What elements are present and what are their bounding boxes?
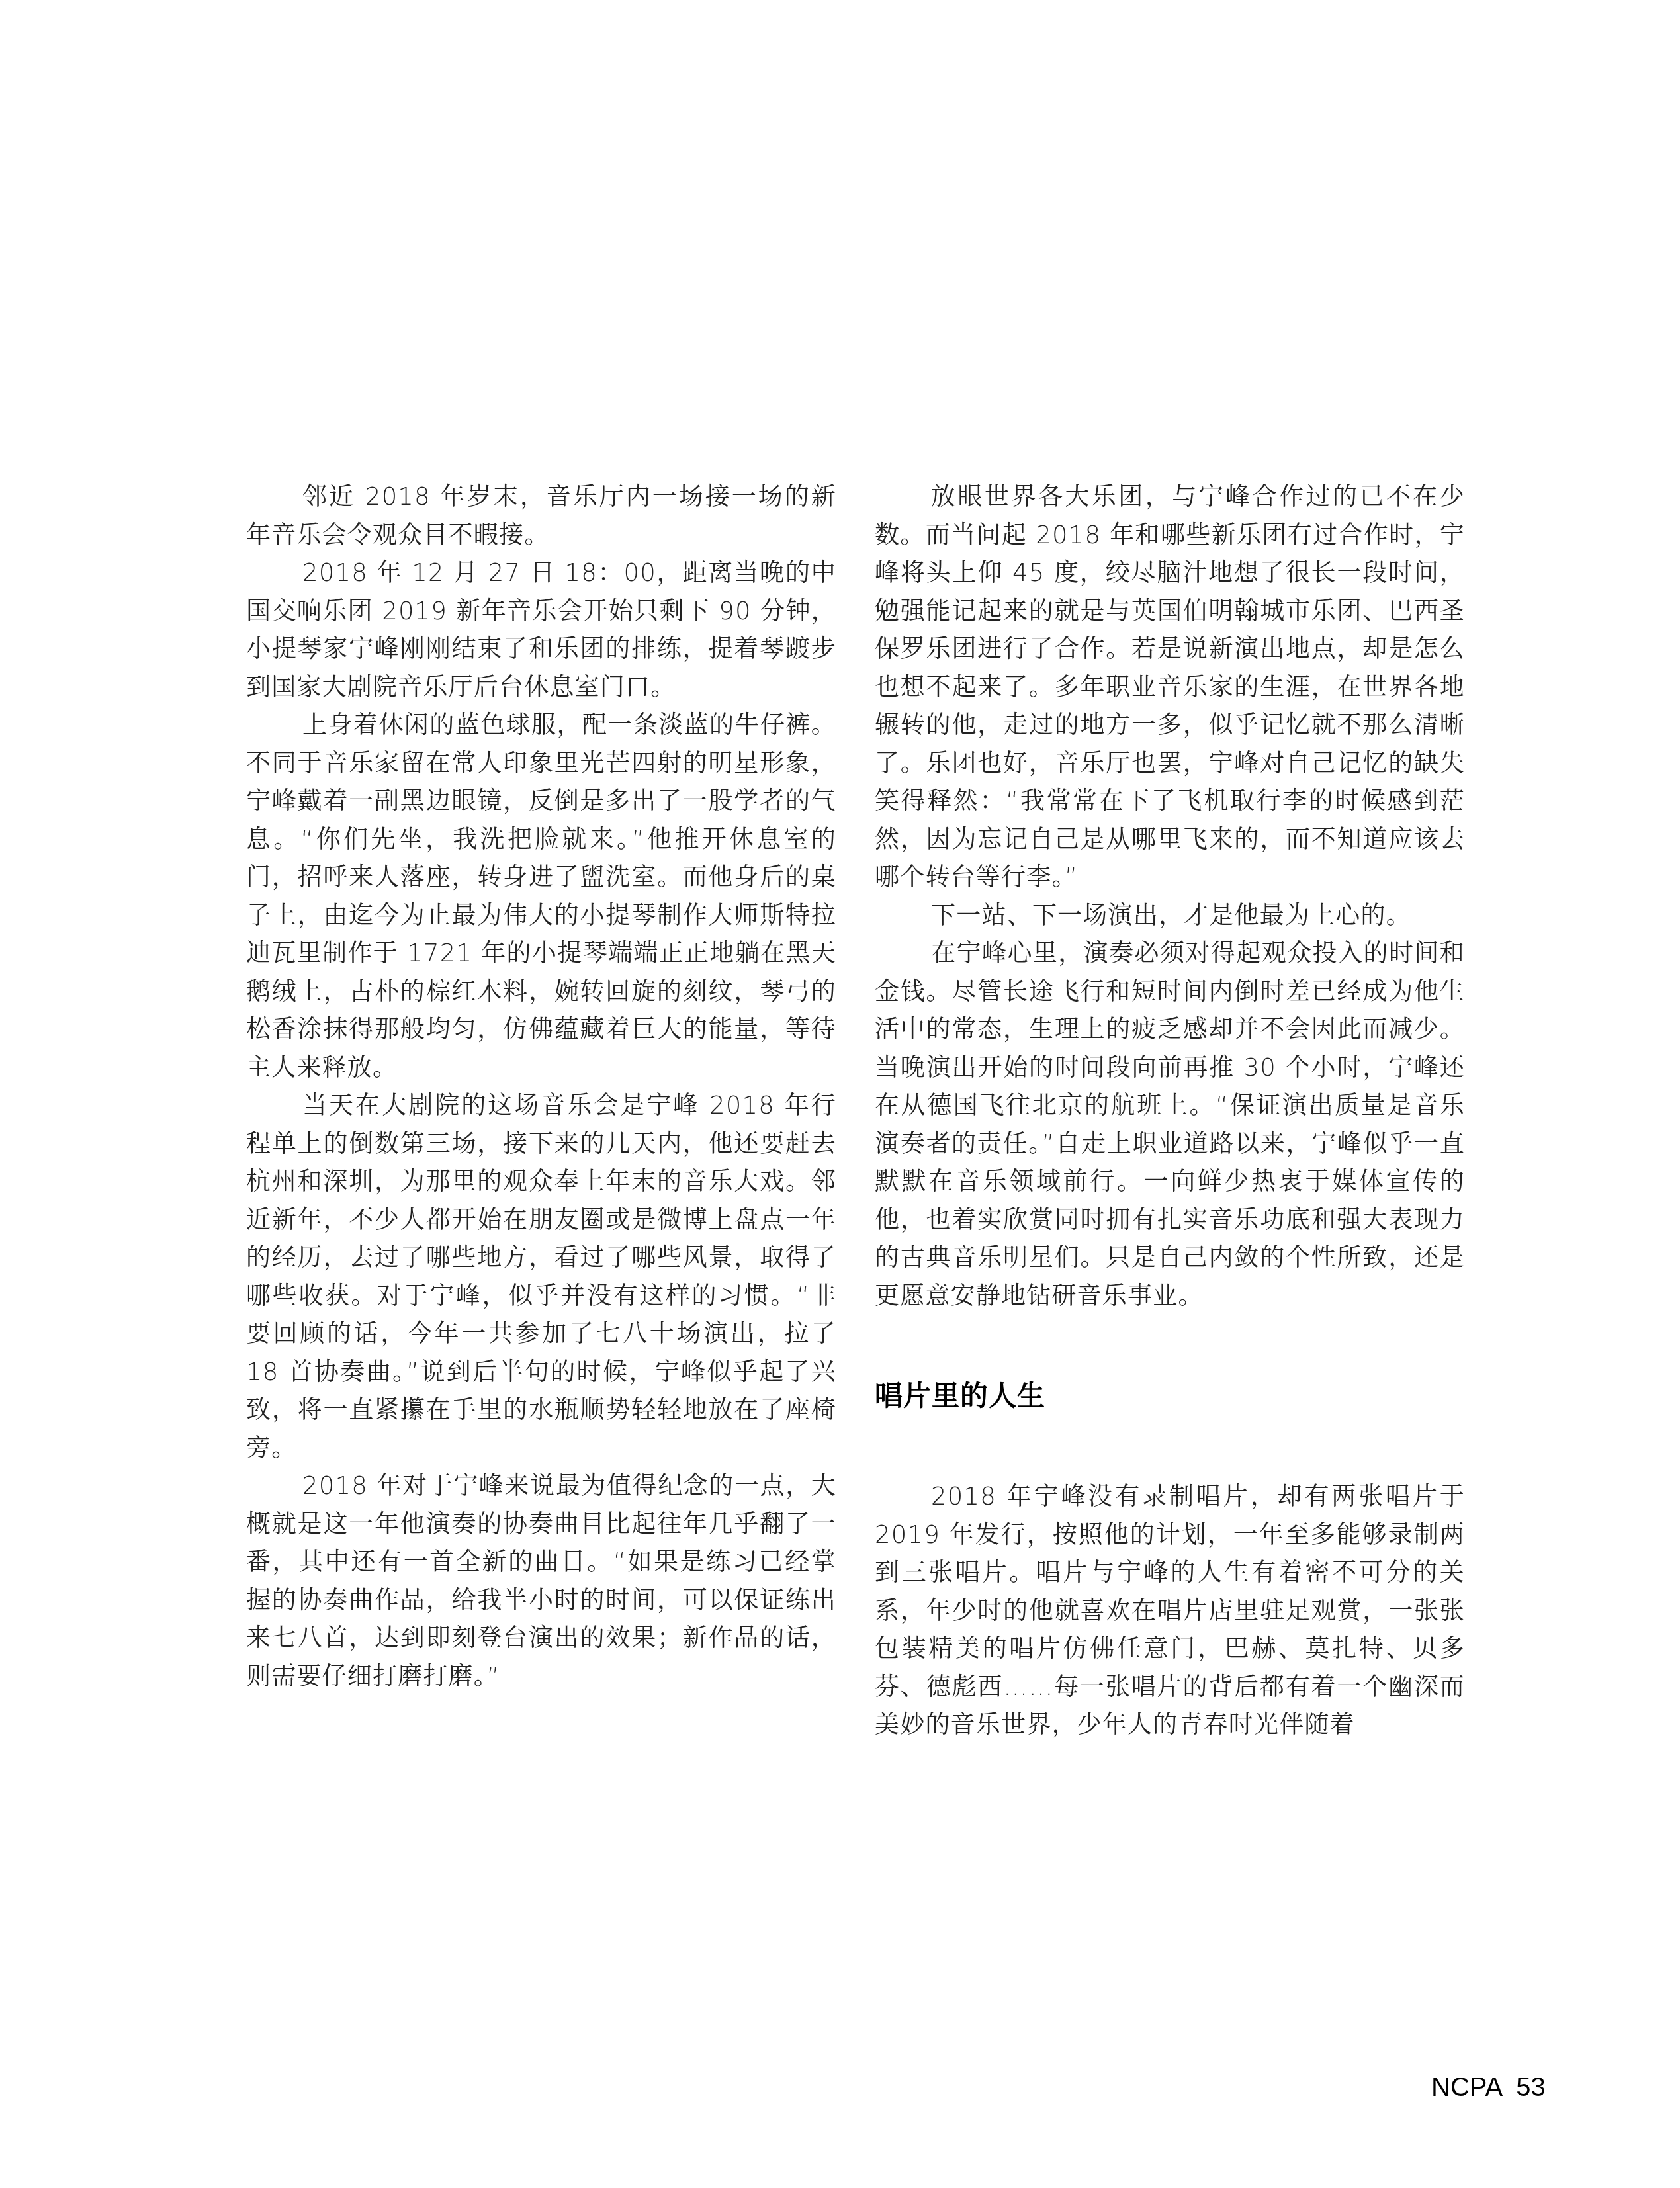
body-paragraph: 放眼世界各大乐团，与宁峰合作过的已不在少数。而当问起 2018 年和哪些新乐团有…	[875, 478, 1465, 897]
publication-name: NCPA	[1431, 2073, 1503, 2102]
body-paragraph: 上身着休闲的蓝色球服，配一条淡蓝的牛仔裤。不同于音乐家留在常人印象里光芒四射的明…	[246, 706, 836, 1086]
body-paragraph: 邻近 2018 年岁末，音乐厅内一场接一场的新年音乐会令观众目不暇接。	[246, 478, 836, 554]
body-paragraph: 2018 年对于宁峰来说最为值得纪念的一点，大概就是这一年他演奏的协奏曲目比起往…	[246, 1467, 836, 1695]
section-heading: 唱片里的人生	[875, 1379, 1465, 1413]
body-paragraph: 2018 年宁峰没有录制唱片，却有两张唱片于 2019 年发行，按照他的计划，一…	[875, 1477, 1465, 1744]
right-column: 放眼世界各大乐团，与宁峰合作过的已不在少数。而当问起 2018 年和哪些新乐团有…	[875, 478, 1465, 1744]
body-paragraph: 当天在大剧院的这场音乐会是宁峰 2018 年行程单上的倒数第三场，接下来的几天内…	[246, 1086, 836, 1467]
left-column: 邻近 2018 年岁末，音乐厅内一场接一场的新年音乐会令观众目不暇接。 2018…	[246, 478, 836, 1695]
page-number: 53	[1516, 2073, 1546, 2102]
body-paragraph: 下一站、下一场演出，才是他最为上心的。	[875, 897, 1465, 935]
body-paragraph: 在宁峰心里，演奏必须对得起观众投入的时间和金钱。尽管长途飞行和短时间内倒时差已经…	[875, 934, 1465, 1315]
page-footer: NCPA53	[1431, 2073, 1546, 2102]
magazine-page: 邻近 2018 年岁末，音乐厅内一场接一场的新年音乐会令观众目不暇接。 2018…	[0, 0, 1680, 2188]
body-paragraph: 2018 年 12 月 27 日 18：00，距离当晚的中国交响乐团 2019 …	[246, 554, 836, 706]
